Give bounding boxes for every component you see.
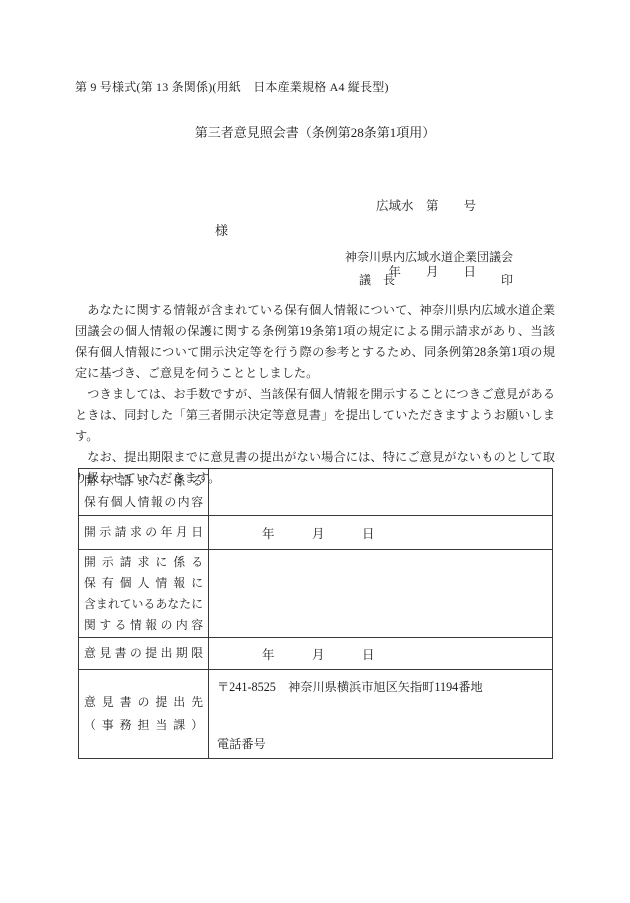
row-label: 開示請求に係る 保有個人情報の内容 <box>79 469 209 516</box>
row-label: 意見書の提出期限 <box>79 638 209 670</box>
seal-mark: 印 <box>501 269 513 292</box>
blank-fill-field <box>209 550 553 638</box>
form-table: 開示請求に係る 保有個人情報の内容 開示請求の年月日 年 月 日 開示請求に係る… <box>78 468 553 759</box>
row-your-information-content: 開示請求に係る 保有個人情報に 含まれているあなたに 関する情報の内容 <box>79 550 553 638</box>
row-disclosure-request-content: 開示請求に係る 保有個人情報の内容 <box>79 469 553 516</box>
document-number-line: 広域水 第 号 <box>376 195 476 217</box>
sender-block: 神奈川県内広域水道企業団議会 議 長 印 <box>345 246 513 292</box>
destination-address: 〒241-8525 神奈川県横浜市旭区矢指町1194番地 <box>217 678 544 695</box>
destination-details-cell: 〒241-8525 神奈川県横浜市旭区矢指町1194番地 電話番号 <box>209 670 553 759</box>
blank-fill-field <box>209 469 553 516</box>
date-fill-field: 年 月 日 <box>209 516 553 550</box>
sender-organization: 神奈川県内広域水道企業団議会 <box>345 246 513 269</box>
sender-role: 議 長 <box>359 269 395 292</box>
form-id-label: 第 9 号様式(第 13 条関係)(用紙 日本産業規格 A4 縦長型) <box>75 78 389 95</box>
addressee-suffix: 様 <box>215 220 228 239</box>
row-disclosure-request-date: 開示請求の年月日 年 月 日 <box>79 516 553 550</box>
paragraph-2: つきましては、お手数ですが、当該保有個人情報を開示することにつきご意見があるとき… <box>75 384 555 447</box>
paragraph-1: あなたに関する情報が含まれている保有個人情報について、神奈川県内広域水道企業団議… <box>75 300 555 384</box>
row-label: 意見書の提出先 （事務担当課） <box>79 670 209 759</box>
date-fill-field: 年 月 日 <box>209 638 553 670</box>
row-label: 開示請求の年月日 <box>79 516 209 550</box>
document-title: 第三者意見照会書（条例第28条第1項用） <box>0 122 630 141</box>
row-submission-destination: 意見書の提出先 （事務担当課） 〒241-8525 神奈川県横浜市旭区矢指町11… <box>79 670 553 759</box>
document-page: 第 9 号様式(第 13 条関係)(用紙 日本産業規格 A4 縦長型) 第三者意… <box>0 0 630 903</box>
phone-number-label: 電話番号 <box>217 735 544 752</box>
sender-signature-line: 議 長 印 <box>345 269 513 292</box>
row-opinion-deadline: 意見書の提出期限 年 月 日 <box>79 638 553 670</box>
row-label: 開示請求に係る 保有個人情報に 含まれているあなたに 関する情報の内容 <box>79 550 209 638</box>
body-paragraphs: あなたに関する情報が含まれている保有個人情報について、神奈川県内広域水道企業団議… <box>75 300 555 489</box>
